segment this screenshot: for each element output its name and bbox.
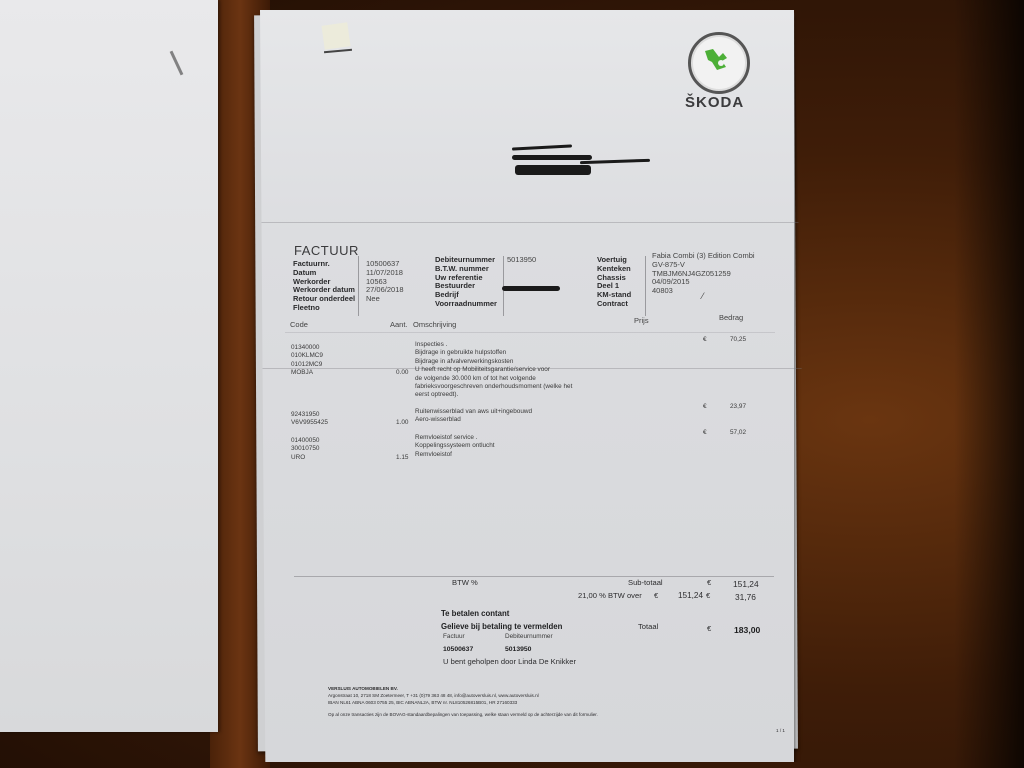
vat-amount: 31,76 (735, 592, 756, 602)
line-item-amount: 70,25 (730, 336, 746, 344)
line-item-amount: 57,02 (730, 429, 746, 437)
line-item-description: Ruitenwisserblad van aws uit+ingebouwd (415, 408, 532, 416)
vat-base-value: 151,24 (678, 591, 703, 600)
total-value: 183,00 (734, 625, 760, 635)
line-item-code: URO (291, 454, 305, 462)
footer-address: Argonstraat 10, 2718 SM Zoetermeer, T +3… (328, 693, 539, 699)
line-item-description: U heeft recht op Mobiliteitsgarantie/ser… (415, 366, 550, 374)
line-item-code: 01340000 (291, 344, 319, 352)
line-item-description: Aero-wisserblad (415, 416, 461, 424)
subtotal-value: 151,24 (733, 579, 759, 589)
footer-bank: IBAN NL61 ABNA 0603 0755 25, BIC ABNANL2… (328, 700, 517, 706)
skoda-logo (688, 32, 750, 94)
field-value: Nee (366, 295, 380, 304)
redacted-address (512, 144, 572, 150)
field-value: 40803 (652, 287, 673, 296)
invoice-sheet: ŠKODA FACTUUR Factuurnr.10500637Datum11/… (260, 10, 794, 762)
redacted-address (515, 165, 591, 175)
subtotal-currency: € (707, 578, 711, 587)
line-item-description: fabrieksvoorgeschreven onderhoudsmoment … (415, 383, 572, 391)
line-item-amount: 23,97 (730, 403, 746, 411)
field-label: Contract (597, 300, 628, 309)
column-header-prijs: Prijs (634, 317, 649, 326)
vat-currency: € (706, 591, 710, 600)
line-item-description: eerst optreedt). (415, 391, 458, 399)
total-currency: € (707, 624, 711, 633)
column-header-aant: Aant. (390, 321, 408, 330)
line-item-description: Remvloeistof service . (415, 434, 478, 442)
line-item-description: de volgende 30.000 km of tot het volgend… (415, 375, 536, 383)
line-item-description: Koppelingssysteem ontlucht (415, 442, 495, 450)
skoda-winged-arrow-icon (702, 45, 732, 75)
line-item-description: Inspecties . (415, 341, 447, 349)
column-header-code: Code (290, 321, 308, 330)
btw-header: BTW % (452, 578, 478, 587)
vat-label: 21,00 % BTW over (578, 591, 642, 600)
payment-method: Te betalen contant (441, 609, 509, 618)
total-label: Totaal (638, 622, 658, 631)
payment-reference-note: Gelieve bij betaling te vermelden (441, 622, 562, 631)
column-divider (645, 256, 646, 316)
column-header-omschrijving: Omschrijving (413, 321, 456, 330)
line-item-code: 30010750 (291, 445, 319, 453)
line-item-currency: € (703, 336, 707, 344)
tape-shadow (324, 49, 352, 53)
line-item-currency: € (703, 429, 707, 437)
field-label: Fleetno (293, 304, 320, 313)
invoice-title: FACTUUR (294, 243, 359, 258)
line-item-code: 010KLMC9 (291, 352, 323, 360)
line-item-description: Bijdrage in afvalverwerkingskosten (415, 358, 513, 366)
brand-name: ŠKODA (685, 94, 744, 111)
line-item-code: 01400050 (291, 437, 319, 445)
column-header-bedrag: Bedrag (719, 314, 743, 323)
line-item-quantity: 1.15 (396, 454, 408, 462)
line-item-description: Remvloeistof (415, 451, 452, 459)
page-number: 1 / 1 (776, 728, 785, 734)
header-rule (285, 332, 775, 333)
ref-debiteur-value: 5013950 (505, 646, 531, 653)
checkmark: ⁄ (702, 292, 704, 301)
subtotal-label: Sub-totaal (628, 578, 663, 587)
ref-factuur-value: 10500637 (443, 646, 473, 653)
helped-by: U bent geholpen door Linda De Knikker (443, 657, 576, 666)
fold-line (260, 222, 814, 223)
ref-factuur-label: Factuur (443, 633, 465, 641)
field-value: 5013950 (507, 256, 536, 265)
column-divider (358, 256, 359, 316)
vat-base-currency: € (654, 591, 658, 600)
field-label: Voorraadnummer (435, 300, 497, 309)
footer-terms: Op al onze transacties zijn de BOVAG-sta… (328, 712, 598, 718)
line-item-code: 92431950 (291, 411, 319, 419)
ref-debiteur-label: Debiteurnummer (505, 633, 553, 641)
line-item-code: MOBJA (291, 369, 313, 377)
redacted-driver (502, 286, 560, 291)
line-item-description: Bijdrage in gebruikte hulpstoffen (415, 349, 506, 357)
pen-mark (170, 51, 184, 76)
totals-rule (294, 576, 774, 577)
line-item-code: 01012MC9 (291, 361, 322, 369)
redacted-address (512, 155, 592, 160)
line-item-quantity: 1.00 (396, 419, 408, 427)
table-shadow (954, 0, 1024, 768)
footer-company: VERSLUIS AUTOMOBIELEN BV. (328, 686, 398, 692)
adjacent-paper-sheet (0, 0, 218, 732)
tape-piece (321, 22, 350, 49)
line-item-quantity: 0.00 (396, 369, 408, 377)
line-item-code: V6V9955425 (291, 419, 328, 427)
line-item-currency: € (703, 403, 707, 411)
